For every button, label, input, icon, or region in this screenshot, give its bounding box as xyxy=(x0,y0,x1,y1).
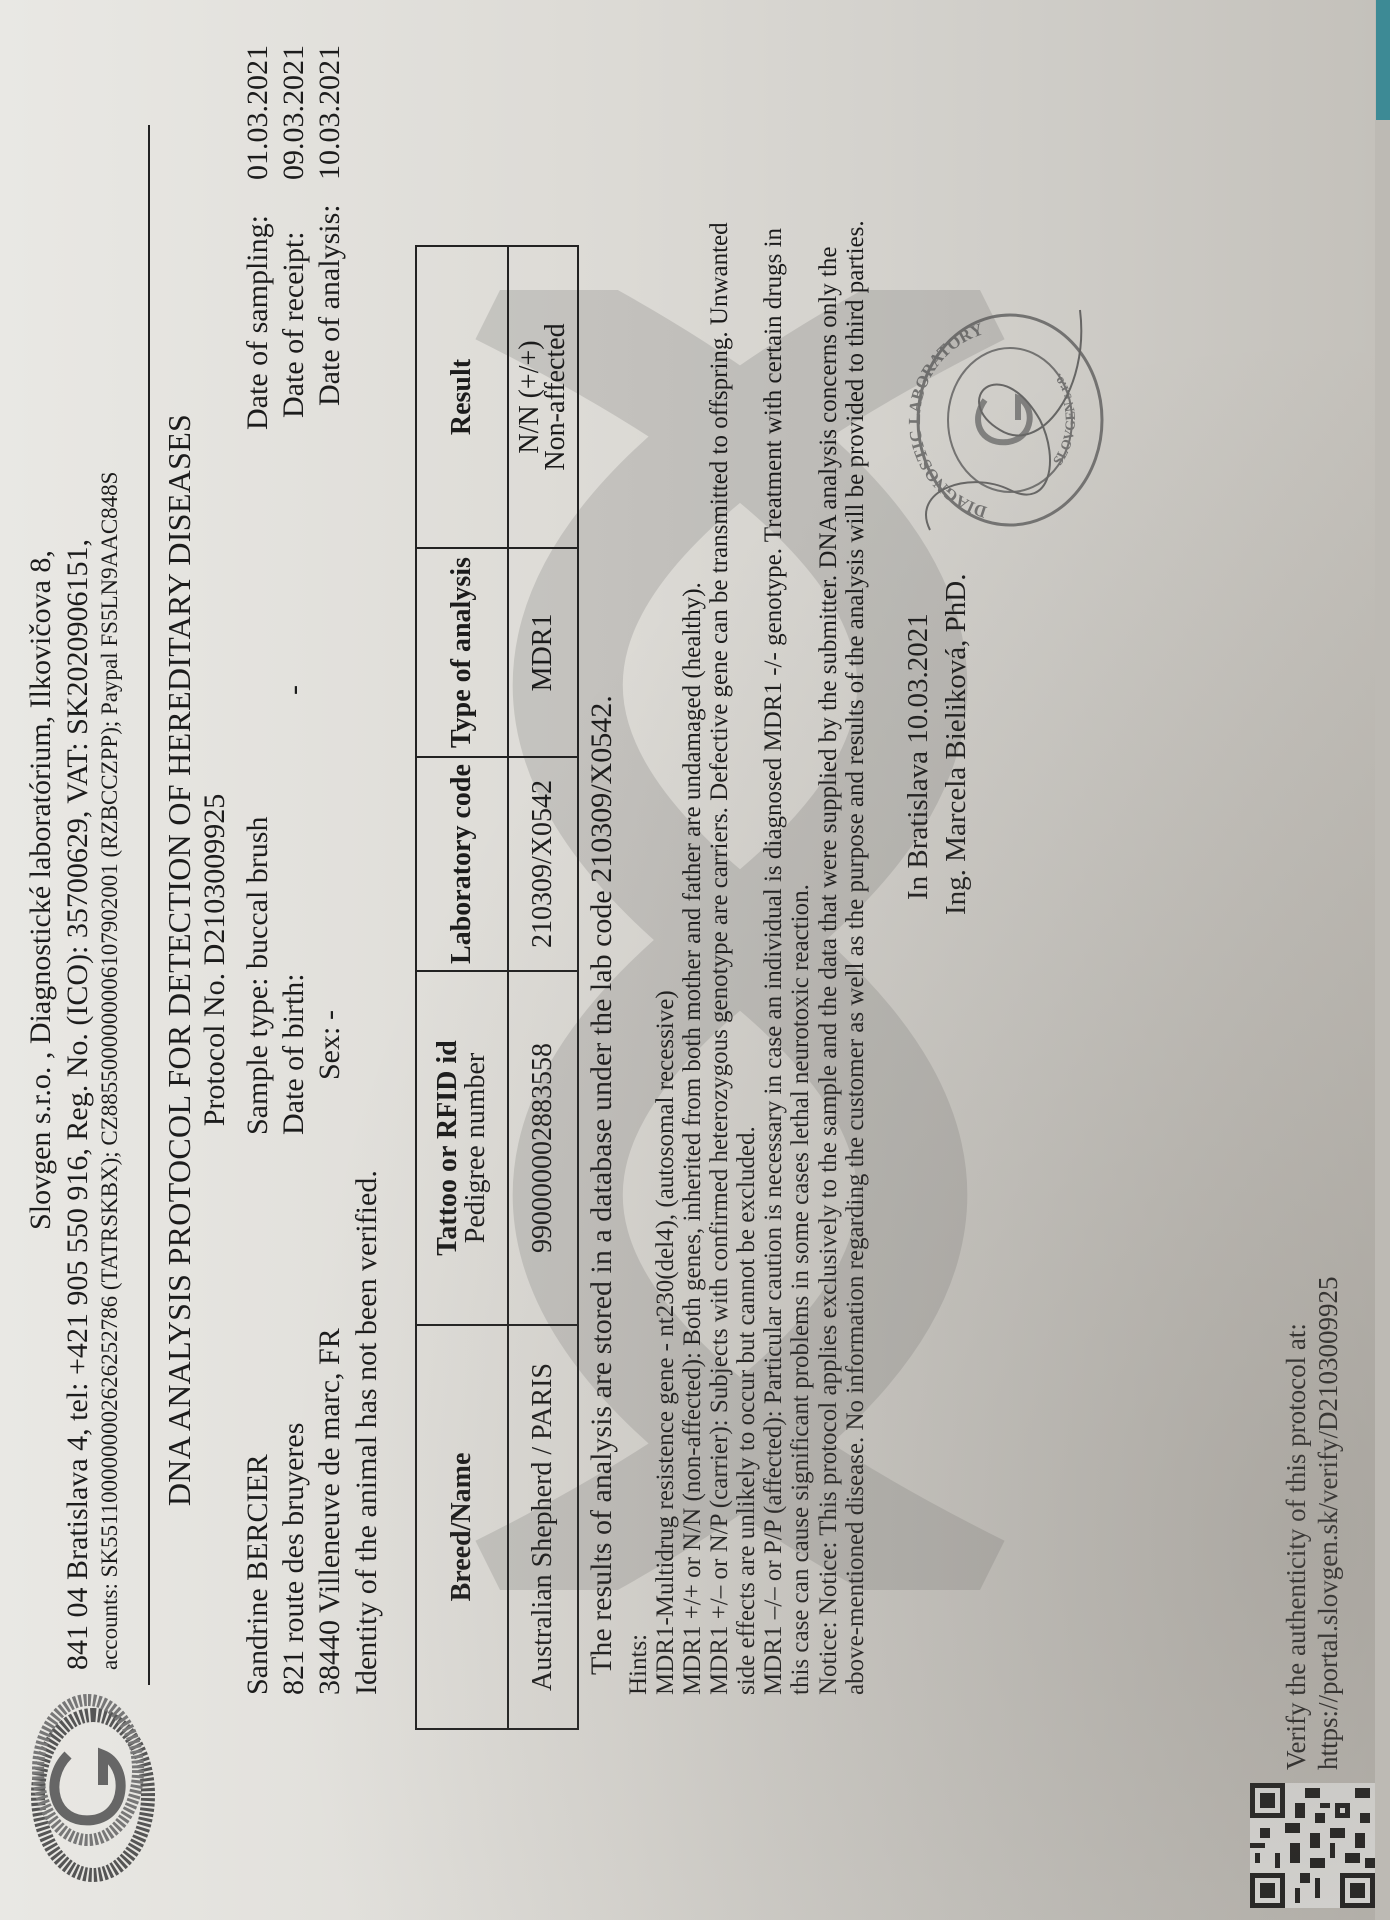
cell-breed: Australian Shepherd / PARIS xyxy=(508,1325,578,1729)
header-pedigree-label: Pedigree number xyxy=(462,978,490,1318)
receipt-date-value: 09.03.2021 xyxy=(276,45,312,180)
results-table: Breed/Name Tattoo or RFID id Pedigree nu… xyxy=(415,245,579,1730)
protocol-document: Slovgen s.r.o. , Diagnostické laboratóri… xyxy=(0,0,1375,1920)
sampling-date-value: 01.03.2021 xyxy=(240,45,276,180)
sample-type-value: buccal brush xyxy=(240,817,276,969)
sample-type-label: Sample type: xyxy=(240,975,276,1135)
sex-label: Sex: xyxy=(312,1020,348,1080)
verify-section: Verify the authenticity of this protocol… xyxy=(1280,1277,1344,1770)
company-address: 841 04 Bratislava 4, tel: +421 905 550 9… xyxy=(59,110,96,1670)
analysis-date-label: Date of analysis: xyxy=(312,180,348,406)
hint-line: side effects are unlikely to occur but c… xyxy=(733,25,760,1695)
notice-line: above-mentioned disease. No information … xyxy=(842,5,869,1695)
sample-info: Sample type: buccal brush Date of birth:… xyxy=(240,685,348,1135)
header-breed: Breed/Name xyxy=(416,1325,508,1729)
background-surface xyxy=(1376,0,1390,120)
table-row: Australian Shepherd / PARIS 990000002883… xyxy=(508,246,578,1729)
header-tattoo: Tattoo or RFID id Pedigree number xyxy=(416,971,508,1325)
place-date: In Bratislava 10.03.2021 xyxy=(900,613,936,900)
header-divider xyxy=(148,125,150,1685)
verify-url[interactable]: https://portal.slovgen.sk/verify/D210300… xyxy=(1312,1277,1344,1770)
owner-address: Sandrine BERCIER 821 route des bruyeres … xyxy=(240,1328,348,1695)
protocol-number: Protocol No. D2103009925 xyxy=(198,0,232,1920)
header-analysis-type: Type of analysis xyxy=(416,548,508,757)
company-header: Slovgen s.r.o. , Diagnostické laboratóri… xyxy=(22,110,124,1670)
cell-tattoo: 990000002883558 xyxy=(508,971,578,1325)
hint-line: MDR1 +/+ or N/N (non-affected): Both gen… xyxy=(679,25,706,1695)
header-tattoo-label: Tattoo or RFID id xyxy=(432,1040,463,1255)
notice-section: Notice: Notice: This protocol applies ex… xyxy=(815,5,869,1695)
hints-heading: Hints: xyxy=(625,25,652,1695)
sampling-date-label: Date of sampling: xyxy=(240,180,276,430)
lab-stamp-icon: DIAGNOSTIC LABORATORY SLOVGEN s.r.o. xyxy=(890,290,1110,550)
cell-result: N/N (+/+) Non-affected xyxy=(508,246,578,548)
company-name: Slovgen s.r.o. , Diagnostické laboratóri… xyxy=(22,110,59,1670)
qr-code-icon xyxy=(1250,1783,1375,1908)
cell-analysis-type: MDR1 xyxy=(508,548,578,757)
slovgen-logo-icon xyxy=(18,1680,168,1890)
notice-line: Notice: Notice: This protocol applies ex… xyxy=(815,5,842,1695)
document-title: DNA ANALYSIS PROTOCOL FOR DETECTION OF H… xyxy=(160,0,198,1920)
receipt-date-label: Date of receipt: xyxy=(276,180,312,418)
birth-date-value: - xyxy=(276,685,312,695)
stamp-bottom-text: SLOVGEN s.r.o. xyxy=(1050,370,1079,468)
signer-name: Ing. Marcela Bieliková, PhD. xyxy=(940,574,973,915)
header-result: Result xyxy=(416,246,508,548)
company-accounts: accounts: SK5511000000002626252786 (TATR… xyxy=(96,110,124,1670)
verify-text: Verify the authenticity of this protocol… xyxy=(1280,1277,1312,1770)
storage-note: The results of analysis are stored in a … xyxy=(585,695,619,1675)
analysis-date-value: 10.03.2021 xyxy=(312,45,348,180)
hint-line: MDR1-Multidrug resistence gene - nt230(d… xyxy=(652,25,679,1695)
hint-line: MDR1 –/– or P/P (affected): Particular c… xyxy=(760,25,787,1695)
dates-info: Date of sampling: 01.03.2021 Date of rec… xyxy=(240,45,348,430)
identity-note: Identity of the animal has not been veri… xyxy=(350,1170,384,1695)
owner-city: 38440 Villeneuve de marc, FR xyxy=(312,1328,348,1695)
hint-line: this case can cause significant problems… xyxy=(787,25,814,1695)
hint-line: MDR1 +/– or N/P (carrier): Subjects with… xyxy=(706,25,733,1695)
sex-value: - xyxy=(312,1010,348,1020)
result-status: Non-affected xyxy=(543,253,569,541)
owner-street: 821 route des bruyeres xyxy=(276,1328,312,1695)
cell-lab-code: 210309/X0542 xyxy=(508,757,578,971)
header-lab-code: Laboratory code xyxy=(416,757,508,971)
owner-name: Sandrine BERCIER xyxy=(240,1328,276,1695)
birth-date-label: Date of birth: xyxy=(276,695,312,1135)
hints-section: Hints: MDR1-Multidrug resistence gene - … xyxy=(625,25,814,1695)
